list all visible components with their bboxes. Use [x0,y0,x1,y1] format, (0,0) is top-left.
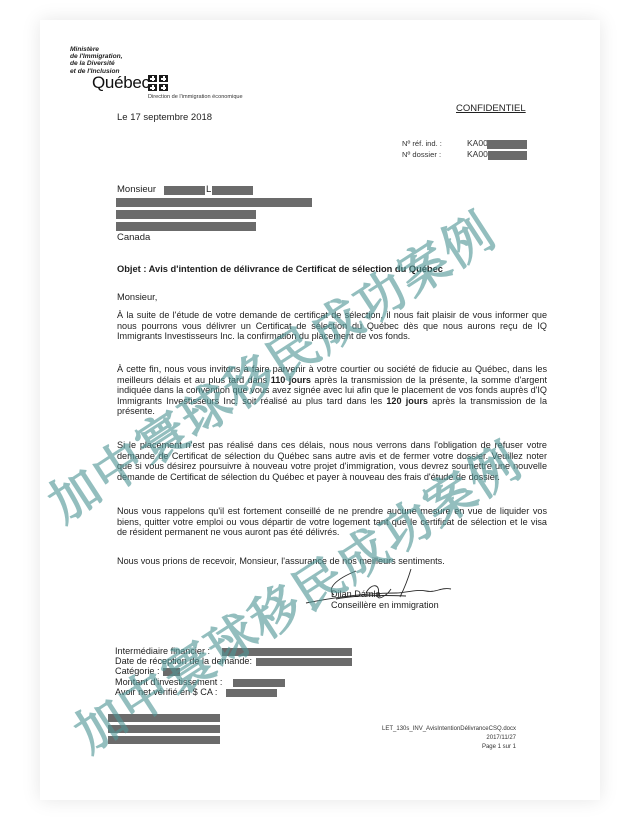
body-paragraph: À cette fin, nous vous invitons à faire … [117,364,547,417]
dossier-number-value: KA00 [467,149,488,159]
redaction-bar [212,186,253,195]
confidential-label: CONFIDENTIEL [456,103,526,114]
direction-name: Direction de l'immigration économique [148,94,243,100]
recipient-country: Canada [117,232,150,243]
redaction-bar [163,668,180,676]
fleur-square-icon [148,84,157,91]
letter-date: Le 17 septembre 2018 [117,112,212,123]
footer-filename: LET_130s_INV_AvisIntentionDélivranceCSQ.… [370,726,516,732]
ministry-line: de l'Immigration, [70,53,150,60]
deadline-110-days: 110 jours [271,375,311,385]
redaction-bar [108,714,220,722]
ministry-name: Ministère de l'Immigration, de la Divers… [70,46,150,75]
footer-page-number: Page 1 sur 1 [370,744,516,750]
redaction-bar [256,658,352,666]
quebec-flag-logo-icon [148,75,168,91]
info-financial-intermediary: Intermédiaire financier : [115,646,210,656]
redaction-bar [233,679,285,687]
signer-title: Conseillère en immigration [331,600,439,610]
body-paragraph: Si le placement n'est pas réalisé dans c… [117,440,547,482]
info-category: Catégorie : [115,666,159,676]
recipient-initial: L [206,184,211,195]
greeting: Monsieur, [117,292,157,302]
dossier-number-label: Nº dossier : [402,150,441,159]
fleur-square-icon [159,75,168,82]
redaction-bar [108,736,220,744]
signer-name: Dilan Dámla [331,589,381,599]
redaction-bar [164,186,205,195]
body-paragraph: À la suite de l'étude de votre demande d… [117,310,547,342]
fleur-square-icon [148,75,157,82]
redaction-bar [488,151,527,160]
letter-subject: Objet : Avis d'intention de délivrance d… [117,264,443,274]
info-verified-net-worth: Avoir net vérifié en $ CA : [115,687,217,697]
info-investment-amount: Montant d'investissement : [115,677,222,687]
body-paragraph: Nous vous rappelons qu'il est fortement … [117,506,547,538]
ref-number-value: KA00 [467,138,488,148]
ministry-line: de la Diversité [70,60,150,67]
redaction-bar [116,198,312,207]
quebec-wordmark: Québec [92,73,150,93]
fleur-square-icon [159,84,168,91]
deadline-120-days: 120 jours [386,396,428,406]
redaction-bar [108,725,220,733]
redaction-bar [222,648,352,656]
ministry-line: Ministère [70,46,150,53]
redaction-bar [116,222,256,231]
footer-version-date: 2017/11/27 [370,735,516,741]
redaction-bar [487,140,527,149]
ref-number-label: Nº réf. ind. : [402,139,442,148]
info-application-date: Date de réception de la demande: [115,656,252,666]
redaction-bar [116,210,256,219]
redaction-bar [226,689,277,697]
recipient-title: Monsieur [117,184,156,195]
